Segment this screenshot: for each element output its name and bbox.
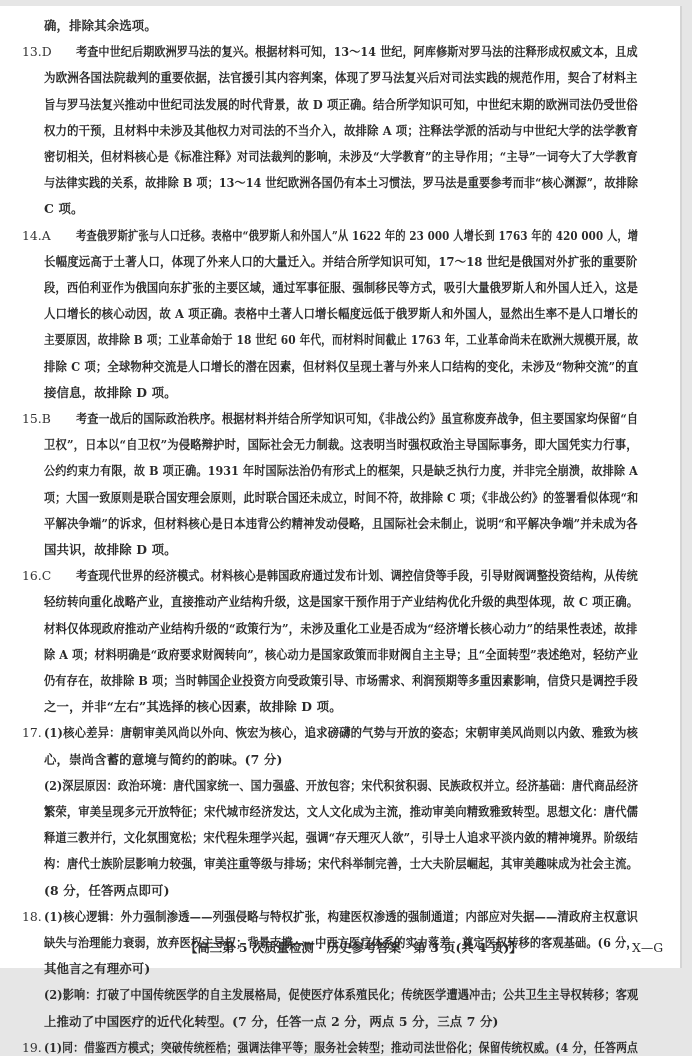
text-line: 之一，并非“左右”其选择的核心因素，故排除 D 项。 — [44, 699, 342, 715]
text-line: 人口增长的核心动因，故 A 项正确。表格中土著人口增长幅度远低于俄罗斯人和外国人… — [44, 306, 638, 322]
text-line: (1)核心差异：唐朝审美风尚以外向、恢宏为核心，追求磅礴的气势与开放的姿态；宋朝… — [44, 725, 638, 741]
question-number: 18. — [22, 909, 42, 925]
text-line: 密切相关，但材料核心是《标准注释》对司法裁判的影响，未涉及“大学教育”的主导作用… — [44, 149, 638, 165]
question-number: 17. — [22, 725, 42, 741]
text-line: 考查现代世界的经济模式。材料核心是韩国政府通过发布计划、调控信贷等手段，引导财阀… — [76, 568, 638, 584]
text-line: 段，西伯利亚作为俄国向东扩张的主要区域，通过军事征服、强制移民等方式，吸引大量俄… — [44, 280, 638, 296]
text-line: C 项。 — [44, 201, 84, 217]
text-line: 国共识，故排除 D 项。 — [44, 542, 177, 558]
text-line: 构：唐代士族阶层影响力较强，审美注重等级与排场；宋代科举制完善，士大夫阶层崛起，… — [44, 856, 638, 872]
footer-title: 【高三第 5 次质量检测 · 历史参考答案 第 3 页(共 4 页)】 — [185, 940, 522, 956]
text-line: 长幅度远高于土著人口，体现了外来人口的大量迁入。并结合所学知识可知，17～18 … — [44, 254, 637, 270]
text-line: 旨与罗马法复兴推动中世纪司法发展的时代背景，故 D 项正确。结合所学知识可知，中… — [44, 97, 638, 113]
text-line: 除 A 项；材料明确是“政府要求财阀转向”，核心动力是国家政策而非财阀自主主导；… — [44, 647, 638, 663]
text-line: (2)深层原因：政治环境：唐代国家统一、国力强盛、开放包容；宋代积贫积弱、民族政… — [44, 778, 638, 794]
text-line: 排除 C 项；全球物种交流是人口增长的潜在因素，但材料仅呈现土著与外来人口结构的… — [44, 359, 638, 375]
document-page: 确，排除其余选项。13.D考查中世纪后期欧洲罗马法的复兴。根据材料可知，13～1… — [0, 6, 682, 968]
text-line: 仍有存在，故排除 B 项；当时韩国企业投资方向受政策引导、市场需求、利润预期等多… — [44, 673, 638, 689]
question-number: 13.D — [22, 44, 52, 60]
question-number: 14.A — [22, 228, 51, 244]
text-line: 与法律实践的关系，故排除 B 项；13～14 世纪欧洲各国仍有本土习惯法，罗马法… — [44, 175, 638, 191]
text-line: 心，崇尚含蓄的意境与简约的韵味。(7 分) — [44, 752, 282, 768]
question-number: 16.C — [22, 568, 51, 584]
text-line: 轻纺转向重化战略产业，直接推动产业结构升级，这是国家干预作用于产业结构优化升级的… — [44, 594, 638, 610]
text-line: 卫权”，日本以“自卫权”为侵略辩护时，国际社会无力制裁。这表明当时强权政治主导国… — [44, 437, 638, 453]
text-line: 确，排除其余选项。 — [44, 18, 157, 34]
text-line: 权力的干预，且材料中未涉及其他权力对司法的不当介入，故排除 A 项；注释法学派的… — [44, 123, 638, 139]
text-line: 考查中世纪后期欧洲罗马法的复兴。根据材料可知，13～14 世纪，阿库修斯对罗马法… — [76, 44, 638, 60]
text-line: 主要原因，故排除 B 项；工业革命始于 18 世纪 60 年代，而材料时间截止 … — [44, 332, 638, 348]
text-line: 公约约束力有限，故 B 项正确。1931 年时国际法治仍有形式上的框架，只是缺乏… — [44, 463, 638, 479]
text-line: 考查俄罗斯扩张与人口迁移。表格中“俄罗斯人和外国人”从 1622 年的 23 0… — [76, 228, 638, 244]
footer-code: X—G — [632, 940, 663, 956]
text-line: 繁荣，审美呈现多元开放特征；宋代城市经济发达，文人文化成为主流，推动审美向精致雅… — [44, 804, 638, 820]
text-line: (8 分，任答两点即可) — [44, 883, 170, 899]
question-number: 15.B — [22, 411, 51, 427]
text-line: 接信息，故排除 D 项。 — [44, 385, 177, 401]
text-line: 考查一战后的国际政治秩序。根据材料并结合所学知识可知，《非战公约》虽宣称废弃战争… — [76, 411, 638, 427]
text-line: 其他言之有理亦可) — [44, 961, 150, 974]
text-line: 释道三教并行，文化氛围宽松；宋代程朱理学兴起，强调“存天理灭人欲”，引导士人追求… — [44, 830, 638, 846]
text-line: 为欧洲各国法院裁判的重要依据，法官援引其内容判案，体现了罗马法复兴后对司法实践的… — [44, 70, 638, 86]
text-line: 平解决争端”的诉求，但材料核心是日本违背公约精神发动侵略，且国际社会未制止，说明… — [44, 516, 638, 532]
text-line: (1)核心逻辑：外力强制渗透——列强侵略与特权扩张，构建医权渗透的强制通道；内部… — [44, 909, 638, 925]
text-line: 项；大国一致原则是联合国安理会原则，此时联合国还未成立，时间不符，故排除 C 项… — [44, 490, 638, 506]
text-line: 材料仅体现政府推动产业结构升级的“政策行为”，未涉及重化工业是否成为“经济增长核… — [44, 621, 637, 637]
